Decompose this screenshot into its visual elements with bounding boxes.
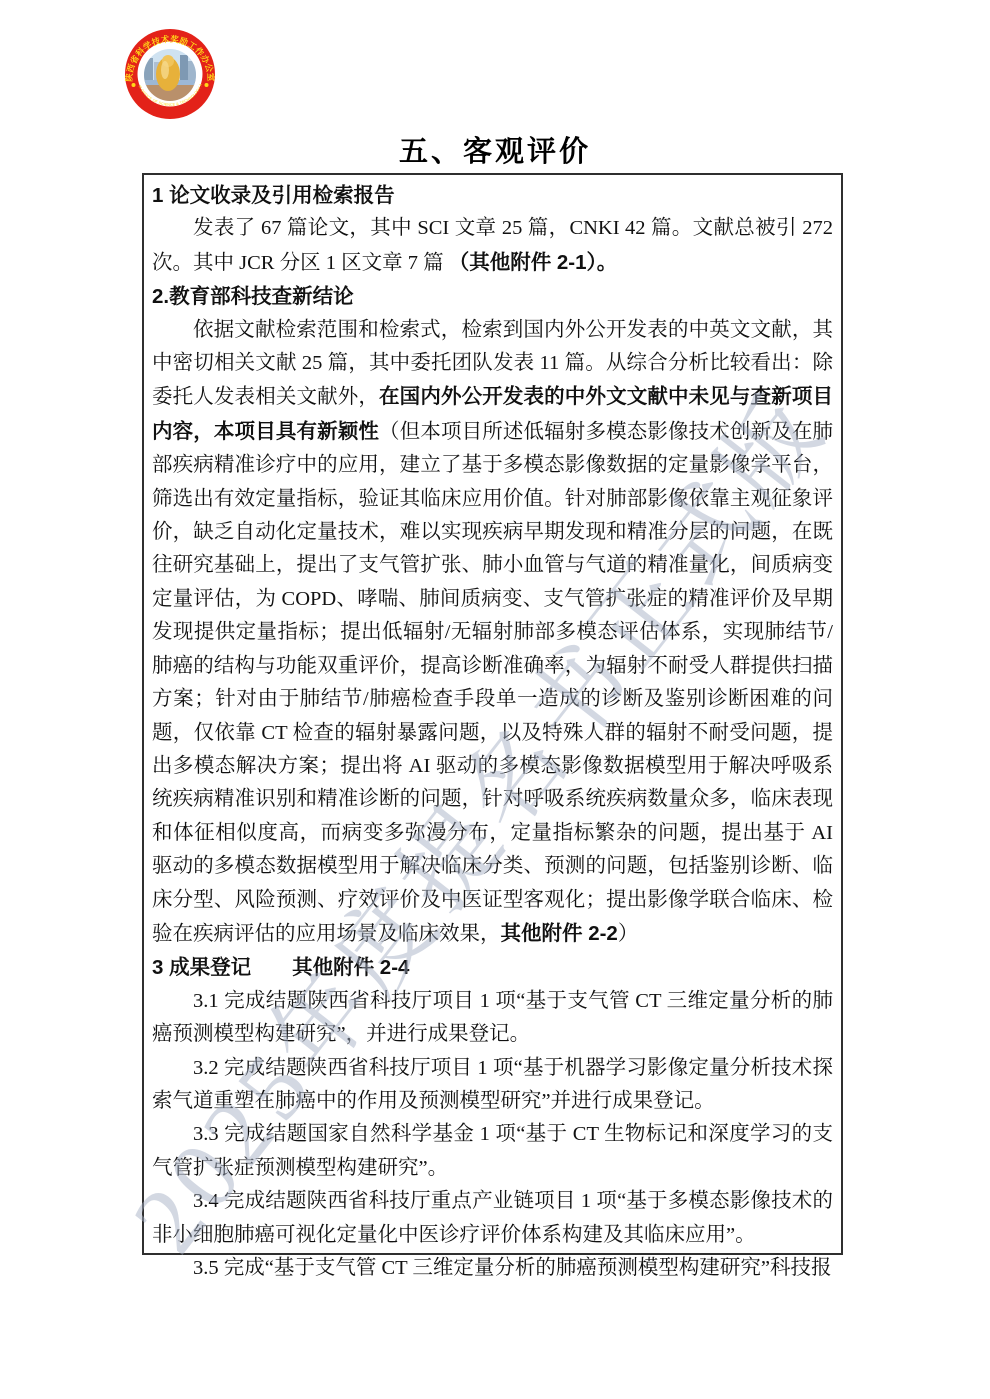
document-page: { "page": { "title": "五、客观评价", "watermar… [0, 0, 990, 1399]
award-office-seal: 陕西省科学技术奖励工作办公室 SHAANXI OFFICE OF SCIENCE… [124, 28, 216, 120]
section-1-heading: 1 论文收录及引用检索报告 [152, 179, 833, 212]
section-3-item-5: 3.5 完成“基于支气管 CT 三维定量分析的肺癌预测模型构建研究”科技报 [152, 1252, 833, 1285]
section-3-item-3: 3.3 完成结题国家自然科学基金 1 项“基于 CT 生物标记和深度学习的支气管… [152, 1118, 833, 1185]
section-2-paragraph: 依据文献检索范围和检索式，检索到国内外公开发表的中英文文献，其中密切相关文献 2… [152, 314, 833, 952]
seal-right-star [205, 83, 209, 87]
seal-left-star [132, 83, 136, 87]
page-title: 五、客观评价 [0, 129, 990, 170]
section-1-paragraph: 发表了 67 篇论文，其中 SCI 文章 25 篇，CNKI 42 篇。文献总被… [152, 212, 833, 280]
section-2-heading: 2.教育部科技查新结论 [152, 280, 833, 313]
section-3-item-2: 3.2 完成结题陕西省科技厅项目 1 项“基于机器学习影像定量分析技术探索气道重… [152, 1052, 833, 1119]
section-3-heading: 3 成果登记 其他附件 2-4 [152, 951, 833, 984]
section-3-item-1: 3.1 完成结题陕西省科技厅项目 1 项“基于支气管 CT 三维定量分析的肺癌预… [152, 985, 833, 1052]
section-3-item-4: 3.4 完成结题陕西省科技厅重点产业链项目 1 项“基于多模态影像技术的非小细胞… [152, 1185, 833, 1252]
seal-graphic: 陕西省科学技术奖励工作办公室 SHAANXI OFFICE OF SCIENCE… [124, 28, 216, 120]
evaluation-table: 1 论文收录及引用检索报告 发表了 67 篇论文，其中 SCI 文章 25 篇，… [142, 173, 843, 1255]
